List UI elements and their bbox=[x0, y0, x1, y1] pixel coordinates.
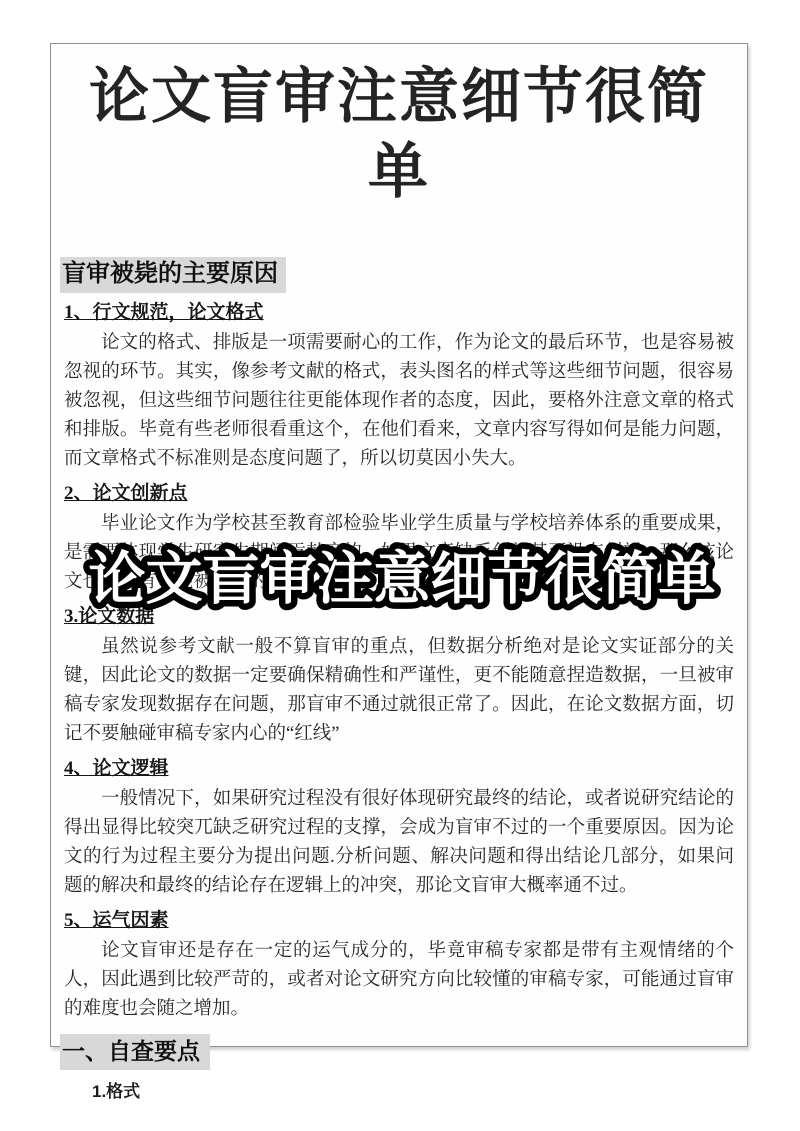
section-4-body: 一般情况下，如果研究过程没有很好体现研究最终的结论，或者说研究结论的得出显得比较… bbox=[64, 785, 734, 901]
section-1-body: 论文的格式、排版是一项需要耐心的工作，作为论文的最后环节，也是容易被忽视的环节。… bbox=[64, 329, 734, 474]
footer-section-heading: 一、自查要点 bbox=[60, 1034, 210, 1071]
page-frame: 论文盲审注意细节很简单 盲审被毙的主要原因 1、行文规范，论文格式 论文的格式、… bbox=[50, 43, 748, 1047]
sections-container: 1、行文规范，论文格式 论文的格式、排版是一项需要耐心的工作，作为论文的最后环节… bbox=[64, 302, 734, 1024]
footer-subitem: 1.格式 bbox=[92, 1077, 734, 1102]
section-5: 5、运气因素 论文盲审还是存在一定的运气成分的，毕竟审稿专家都是带有主观情绪的个… bbox=[64, 910, 734, 1024]
section-4-heading: 4、论文逻辑 bbox=[64, 758, 734, 780]
section-3-heading: 3.论文数据 bbox=[64, 606, 734, 628]
section-5-body: 论文盲审还是存在一定的运气成分的，毕竟审稿专家都是带有主观情绪的个人，因此遇到比… bbox=[64, 937, 734, 1024]
section-3: 3.论文数据 虽然说参考文献一般不算盲审的重点，但数据分析绝对是论文实证部分的关… bbox=[64, 606, 734, 749]
section-1-heading: 1、行文规范，论文格式 bbox=[64, 302, 734, 324]
main-section-heading: 盲审被毙的主要原因 bbox=[60, 257, 286, 293]
section-4: 4、论文逻辑 一般情况下，如果研究过程没有很好体现研究最终的结论，或者说研究结论… bbox=[64, 758, 734, 901]
section-2: 2、论文创新点 毕业论文作为学校甚至教育部检验毕业学生质量与学校培养体系的重要成… bbox=[64, 483, 734, 597]
doc-title: 论文盲审注意细节很简单 bbox=[64, 60, 734, 210]
section-2-heading: 2、论文创新点 bbox=[64, 483, 734, 505]
section-1: 1、行文规范，论文格式 论文的格式、排版是一项需要耐心的工作，作为论文的最后环节… bbox=[64, 302, 734, 474]
section-5-heading: 5、运气因素 bbox=[64, 910, 734, 932]
section-2-body: 毕业论文作为学校甚至教育部检验毕业学生质量与学校培养体系的重要成果，是需要体现学… bbox=[64, 510, 734, 597]
section-3-body: 虽然说参考文献一般不算盲审的重点，但数据分析绝对是论文实证部分的关键，因此论文的… bbox=[64, 633, 734, 749]
